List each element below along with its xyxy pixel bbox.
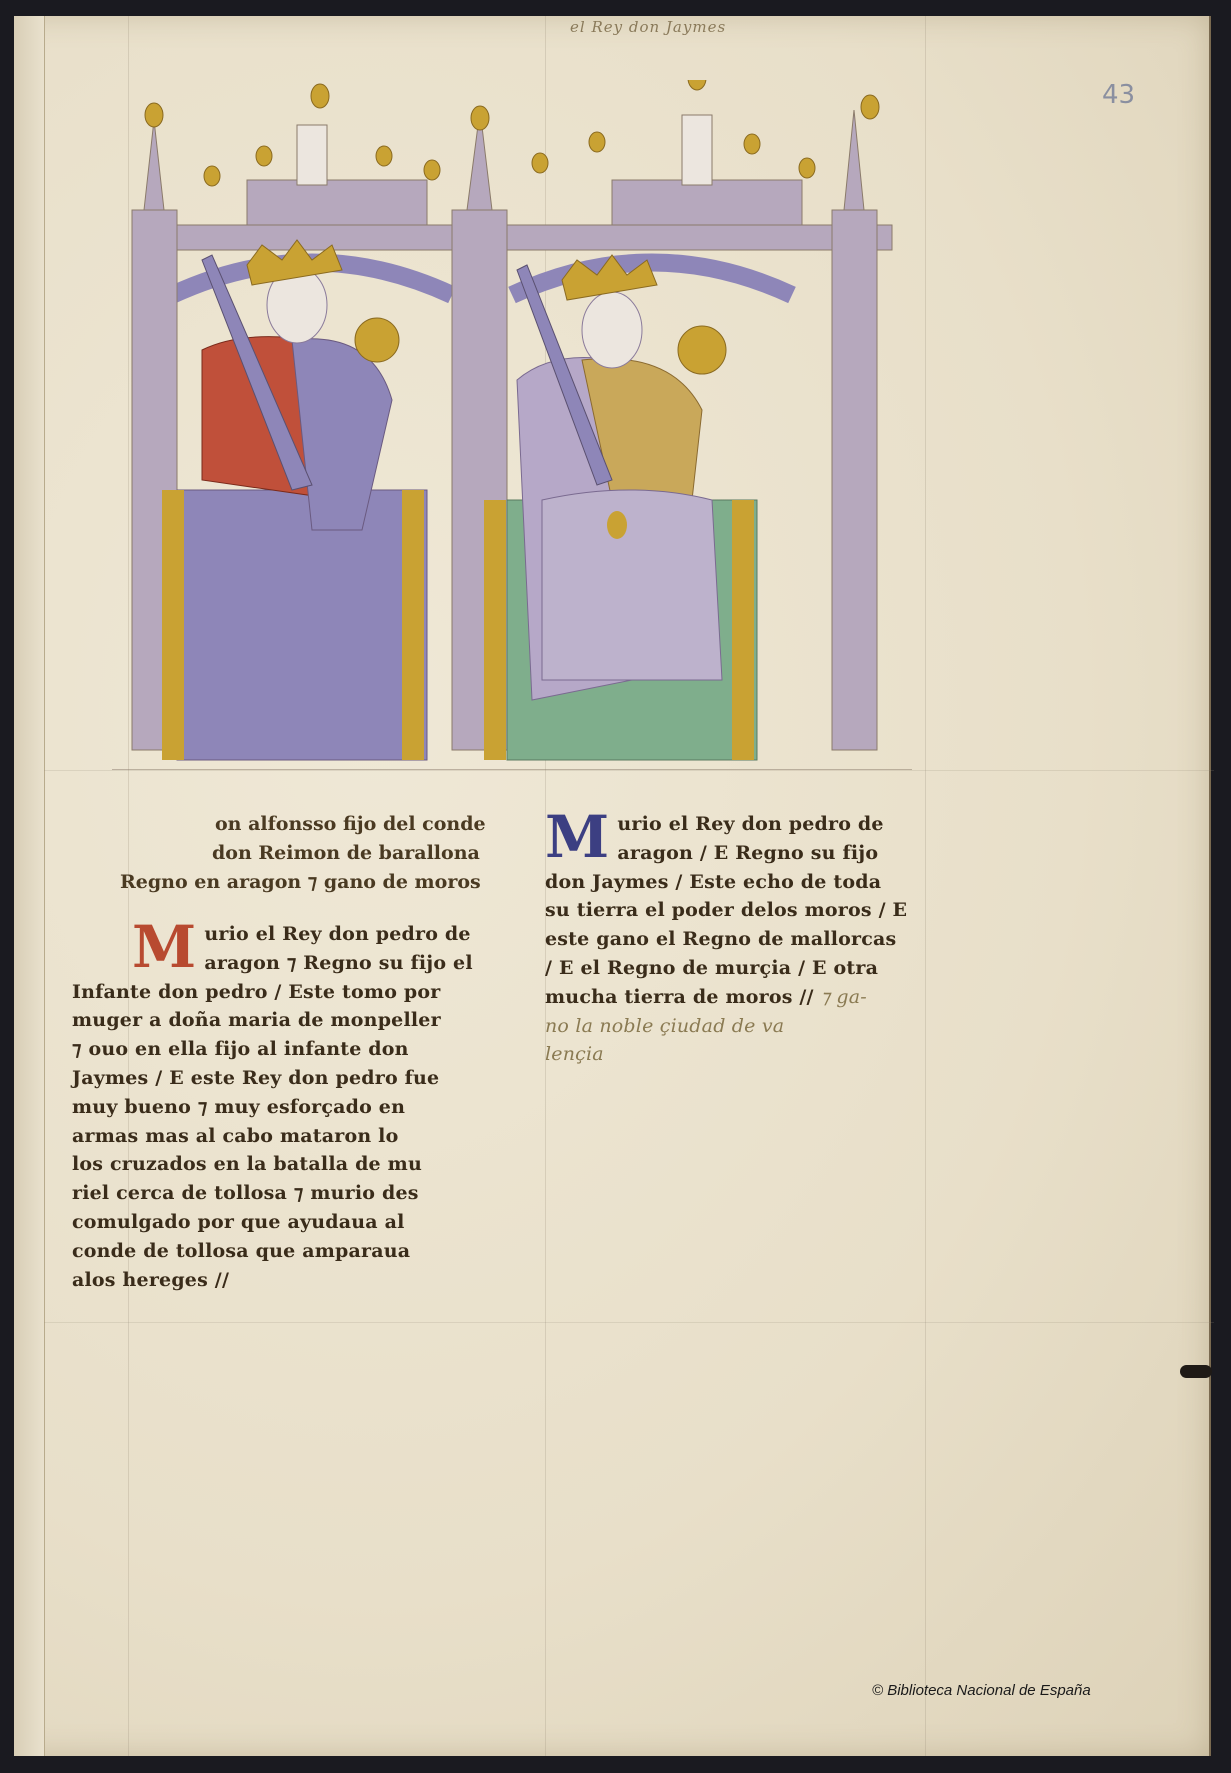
- later-addition: no la noble çiudad de va: [545, 1012, 945, 1041]
- binding-clasp: [1180, 1365, 1212, 1378]
- text-line: su tierra el poder delos moros / E: [545, 896, 945, 925]
- right-column-text: M urio el Rey don pedro de aragon / E Re…: [545, 810, 945, 1069]
- decorated-initial: M: [132, 920, 196, 974]
- decorated-initial: M: [545, 810, 609, 864]
- ruling-line: [44, 1322, 1214, 1323]
- text-line: conde de tollosa que amparaua: [72, 1237, 512, 1266]
- text-line: este gano el Regno de mallorcas: [545, 925, 945, 954]
- later-addition: lençia: [545, 1040, 945, 1069]
- text-line-main: mucha tierra de moros //: [545, 986, 814, 1008]
- heading-line: Regno en aragon ⁊ gano de moros: [120, 868, 486, 897]
- binding-gutter: [14, 16, 45, 1756]
- king-left: [162, 240, 427, 760]
- text-line: / E el Regno de murçia / E otra: [545, 954, 945, 983]
- text-line: ⁊ ouo en ella fijo al infante don: [72, 1035, 512, 1064]
- folio-number: 43: [1102, 80, 1135, 110]
- text-line: muger a doña maria de monpeller: [72, 1006, 512, 1035]
- copyright-notice: © Biblioteca Nacional de España: [872, 1682, 1091, 1699]
- later-addition: ⁊ ga-: [821, 986, 867, 1008]
- text-line: riel cerca de tollosa ⁊ murio des: [72, 1179, 512, 1208]
- text-line: comulgado por que ayudaua al: [72, 1208, 512, 1237]
- text-line: muy bueno ⁊ muy esforçado en: [72, 1093, 512, 1122]
- text-line: don Jaymes / Este echo de toda: [545, 868, 945, 897]
- king-right: [484, 255, 757, 760]
- text-line: los cruzados en la batalla de mu: [72, 1150, 512, 1179]
- running-head: el Rey don Jaymes: [570, 18, 726, 36]
- heading-line: on alfonsso fijo del conde: [120, 810, 486, 839]
- text-line: Infante don pedro / Este tomo por: [72, 978, 512, 1007]
- left-column-text: M urio el Rey don pedro de aragon ⁊ Regn…: [132, 920, 512, 1294]
- text-line: mucha tierra de moros // ⁊ ga-: [545, 983, 945, 1012]
- miniature-illumination: [112, 80, 912, 770]
- text-line: alos hereges //: [72, 1266, 512, 1295]
- text-line: armas mas al cabo mataron lo: [72, 1122, 512, 1151]
- ruling-line: [44, 770, 1214, 771]
- text-line: Jaymes / E este Rey don pedro fue: [72, 1064, 512, 1093]
- left-column-heading: on alfonsso fijo del conde don Reimon de…: [120, 810, 486, 896]
- heading-line: don Reimon de barallona: [120, 839, 486, 868]
